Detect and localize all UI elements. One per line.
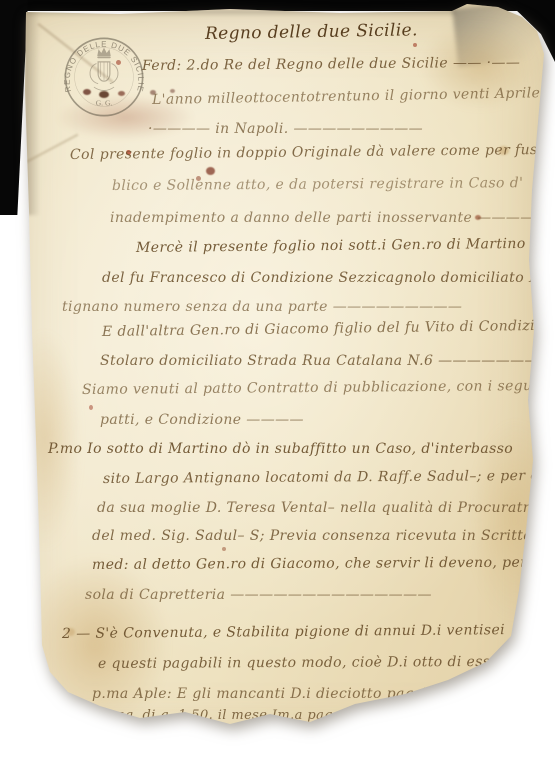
manuscript-line: del fu Francesco di Condizione Sezzicagn… bbox=[102, 270, 555, 286]
paper-stain bbox=[222, 547, 226, 551]
paper-top-edge-shade bbox=[26, 10, 456, 17]
paper-stain bbox=[413, 43, 417, 47]
crown-icon bbox=[97, 48, 110, 59]
manuscript-line: tignano numero senza da una parte ——————… bbox=[62, 299, 462, 315]
paper-stain bbox=[206, 167, 215, 175]
document-paper: REGNO DELLE DUE SICILIE G. G. bbox=[0, 0, 555, 760]
manuscript-line: ·———— in Napoli. ————————— bbox=[148, 121, 423, 137]
manuscript-line: alla rag. di g. 1.50. il mese Im.a paga … bbox=[80, 708, 555, 723]
manuscript-line: Regno delle due Sicilie. bbox=[205, 20, 418, 44]
photographed-manuscript: REGNO DELLE DUE SICILIE G. G. bbox=[0, 0, 555, 760]
manuscript-line: med: al detto Gen.ro di Giacomo, che ser… bbox=[92, 555, 555, 573]
manuscript-line: blico e Sollenne atto, e da potersi regi… bbox=[112, 175, 523, 194]
manuscript-line: sola di Capretteria —————————————— bbox=[85, 587, 432, 603]
manuscript-line: da sua moglie D. Teresa Vental– nella qu… bbox=[97, 500, 552, 516]
manuscript-line: 2 — S'è Convenuta, e Stabilita pigione d… bbox=[62, 622, 505, 642]
manuscript-line: e questi pagabili in questo modo, cioè D… bbox=[98, 654, 509, 672]
manuscript-line: del med. Sig. Sadul– S; Previa consenza … bbox=[92, 528, 555, 544]
manuscript-line: Siamo venuti al patto Contratto di pubbl… bbox=[82, 378, 548, 398]
manuscript-line: Mercè il presente foglio noi sott.i Gen.… bbox=[136, 235, 555, 256]
manuscript-line: patti, e Condizione ———— bbox=[100, 412, 304, 428]
manuscript-line: Stolaro domiciliato Strada Rua Catalana … bbox=[100, 353, 539, 369]
paper-left-edge-shade bbox=[24, 10, 40, 215]
manuscript-line: p.ma Aple: E gli mancanti D.i dieciotto … bbox=[92, 686, 555, 702]
manuscript-line: sito Largo Antignano locatomi da D. Raff… bbox=[103, 468, 555, 487]
manuscript-line: inadempimento a danno delle parti inosse… bbox=[110, 210, 535, 226]
royal-seal-stamp: REGNO DELLE DUE SICILIE G. G. bbox=[62, 33, 146, 121]
manuscript-line: P.mo Io sotto di Martino dò in subaffitt… bbox=[48, 441, 513, 457]
manuscript-line: Col presente foglio in doppio Originale … bbox=[70, 142, 555, 163]
paper-shadow: REGNO DELLE DUE SICILIE G. G. bbox=[0, 0, 555, 760]
manuscript-line: Ferd: 2.do Re del Regno delle due Sicili… bbox=[142, 55, 520, 74]
paper-stain bbox=[10, 330, 80, 550]
paper-crease bbox=[16, 134, 79, 169]
coat-of-arms-icon bbox=[90, 62, 118, 91]
manuscript-line: E dall'altra Gen.ro di Giacomo figlio de… bbox=[102, 318, 555, 340]
stamp-bottom-label: G. G. bbox=[96, 99, 113, 108]
paper-stain bbox=[89, 405, 93, 410]
